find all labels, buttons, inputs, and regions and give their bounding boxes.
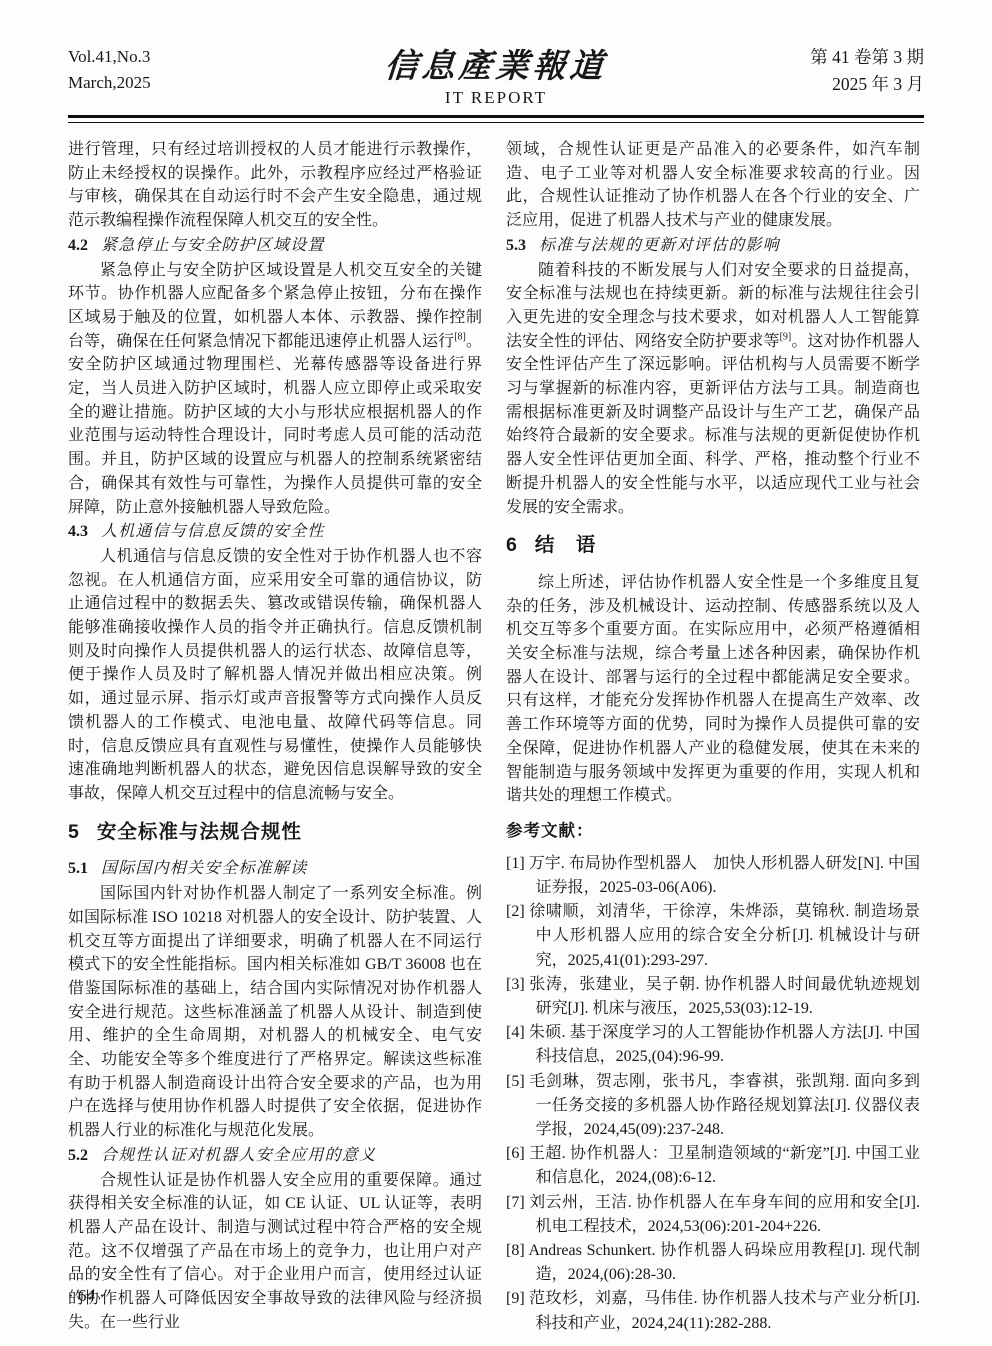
section-title: 结 语 <box>535 534 597 556</box>
paragraph-text: 紧急停止与安全防护区域设置是人机交互安全的关键环节。协作机器人应配备多个紧急停止… <box>68 262 482 350</box>
header-right: 第 41 卷第 3 期 2025 年 3 月 <box>774 44 924 98</box>
citation-superscript: [8] <box>454 331 466 342</box>
paragraph: 人机通信与信息反馈的安全性对于协作机器人也不容忽视。在人机通信方面，应采用安全可… <box>68 545 482 806</box>
section-title: 人机通信与信息反馈的安全性 <box>101 523 325 540</box>
section-title: 紧急停止与安全防护区域设置 <box>101 237 325 254</box>
journal-title-en: IT REPORT <box>218 88 774 108</box>
article-body: 进行管理，只有经过培训授权的人员才能进行示教操作，防止未经授权的误操作。此外，示… <box>68 138 924 1336</box>
references-heading: 参考文献： <box>506 820 920 844</box>
section-number: 6 <box>506 534 518 556</box>
paragraph-text: 。这对协作机器人安全性评估产生了深远影响。评估机构与人员需要不断学习与掌握新的标… <box>506 333 920 516</box>
citation-superscript: [9] <box>780 331 792 342</box>
reference-item: [3] 张涛，张建业，吴子朝. 协作机器人时间最优轨迹规划研究[J]. 机床与液… <box>506 973 920 1021</box>
reference-item: [6] 王超. 协作机器人：卫星制造领域的“新宠”[J]. 中国工业和信息化，2… <box>506 1142 920 1190</box>
section-5-heading: 5安全标准与法规合规性 <box>68 821 482 845</box>
section-6-heading: 6结 语 <box>506 534 920 558</box>
journal-title-zh: 信息產業報道 <box>216 40 775 87</box>
section-5-2-heading: 5.2合规性认证对机器人安全应用的意义 <box>68 1144 482 1168</box>
section-title: 标准与法规的更新对评估的影响 <box>539 237 780 254</box>
section-number: 5.2 <box>68 1147 88 1164</box>
reference-item: [8] Andreas Schunkert. 协作机器人码垛应用教程[J]. 现… <box>506 1239 920 1287</box>
reference-item: [5] 毛剑琳，贺志刚，张书凡，李睿祺，张凯翔. 面向多到一任务交接的多机器人协… <box>506 1070 920 1143</box>
paragraph: 紧急停止与安全防护区域设置是人机交互安全的关键环节。协作机器人应配备多个紧急停止… <box>68 259 482 520</box>
section-number: 4.2 <box>68 237 88 254</box>
paragraph: 合规性认证是协作机器人安全应用的重要保障。通过获得相关安全标准的认证，如 CE … <box>68 1169 482 1335</box>
section-title: 合规性认证对机器人安全应用的意义 <box>101 1147 376 1164</box>
header-center: 信息產業報道 IT REPORT <box>218 40 774 108</box>
date-zh: 2025 年 3 月 <box>774 71 924 98</box>
header-left: Vol.41,No.3 March,2025 <box>68 44 218 96</box>
reference-item: [4] 朱硕. 基于深度学习的人工智能协作机器人方法[J]. 中国科技信息，20… <box>506 1021 920 1069</box>
date-english: March,2025 <box>68 70 218 96</box>
section-4-3-heading: 4.3人机通信与信息反馈的安全性 <box>68 520 482 544</box>
page-header: Vol.41,No.3 March,2025 信息產業報道 IT REPORT … <box>68 0 924 108</box>
reference-item: [7] 刘云州，王洁. 协作机器人在车身车间的应用和安全[J]. 机电工程技术，… <box>506 1191 920 1239</box>
reference-item: [9] 范玫杉，刘嘉，马伟佳. 协作机器人技术与产业分析[J]. 科技和产业，2… <box>506 1287 920 1335</box>
journal-page: Vol.41,No.3 March,2025 信息產業報道 IT REPORT … <box>0 0 992 1346</box>
reference-item: [2] 徐啸顺，刘清华，干徐淳，朱烨添，莫锦秋. 制造场景中人形机器人应用的综合… <box>506 900 920 973</box>
section-number: 4.3 <box>68 523 88 540</box>
page-number: · 64 · <box>68 1286 105 1306</box>
paragraph-continuation: 领域，合规性认证更是产品准入的必要条件，如汽车制造、电子工业等对机器人安全标准要… <box>506 138 920 233</box>
section-5-3-heading: 5.3标准与法规的更新对评估的影响 <box>506 234 920 258</box>
paragraph-continuation: 进行管理，只有经过培训授权的人员才能进行示教操作，防止未经授权的误操作。此外，示… <box>68 138 482 233</box>
header-divider <box>68 115 924 123</box>
volume-number: Vol.41,No.3 <box>68 44 218 70</box>
section-4-2-heading: 4.2紧急停止与安全防护区域设置 <box>68 234 482 258</box>
paragraph-text: 。安全防护区域通过物理围栏、光幕传感器等设备进行界定，当人员进入防护区域时，机器… <box>68 333 482 516</box>
paragraph: 国际国内针对协作机器人制定了一系列安全标准。例如国际标准 ISO 10218 对… <box>68 882 482 1143</box>
paragraph: 随着科技的不断发展与人们对安全要求的日益提高，安全标准与法规也在持续更新。新的标… <box>506 259 920 520</box>
section-title: 国际国内相关安全标准解读 <box>101 860 307 877</box>
references-list: [1] 万宇. 布局协作型机器人 加快人形机器人研发[N]. 中国证券报，202… <box>506 852 920 1336</box>
section-number: 5.1 <box>68 860 88 877</box>
reference-item: [1] 万宇. 布局协作型机器人 加快人形机器人研发[N]. 中国证券报，202… <box>506 852 920 900</box>
right-column: 领域，合规性认证更是产品准入的必要条件，如汽车制造、电子工业等对机器人安全标准要… <box>506 138 920 1336</box>
left-column: 进行管理，只有经过培训授权的人员才能进行示教操作，防止未经授权的误操作。此外，示… <box>68 138 482 1336</box>
paragraph: 综上所述，评估协作机器人安全性是一个多维度且复杂的任务，涉及机械设计、运动控制、… <box>506 571 920 808</box>
section-5-1-heading: 5.1国际国内相关安全标准解读 <box>68 857 482 881</box>
issue-number-zh: 第 41 卷第 3 期 <box>774 44 924 71</box>
section-number: 5 <box>68 821 80 843</box>
section-title: 安全标准与法规合规性 <box>97 821 302 843</box>
section-number: 5.3 <box>506 237 526 254</box>
